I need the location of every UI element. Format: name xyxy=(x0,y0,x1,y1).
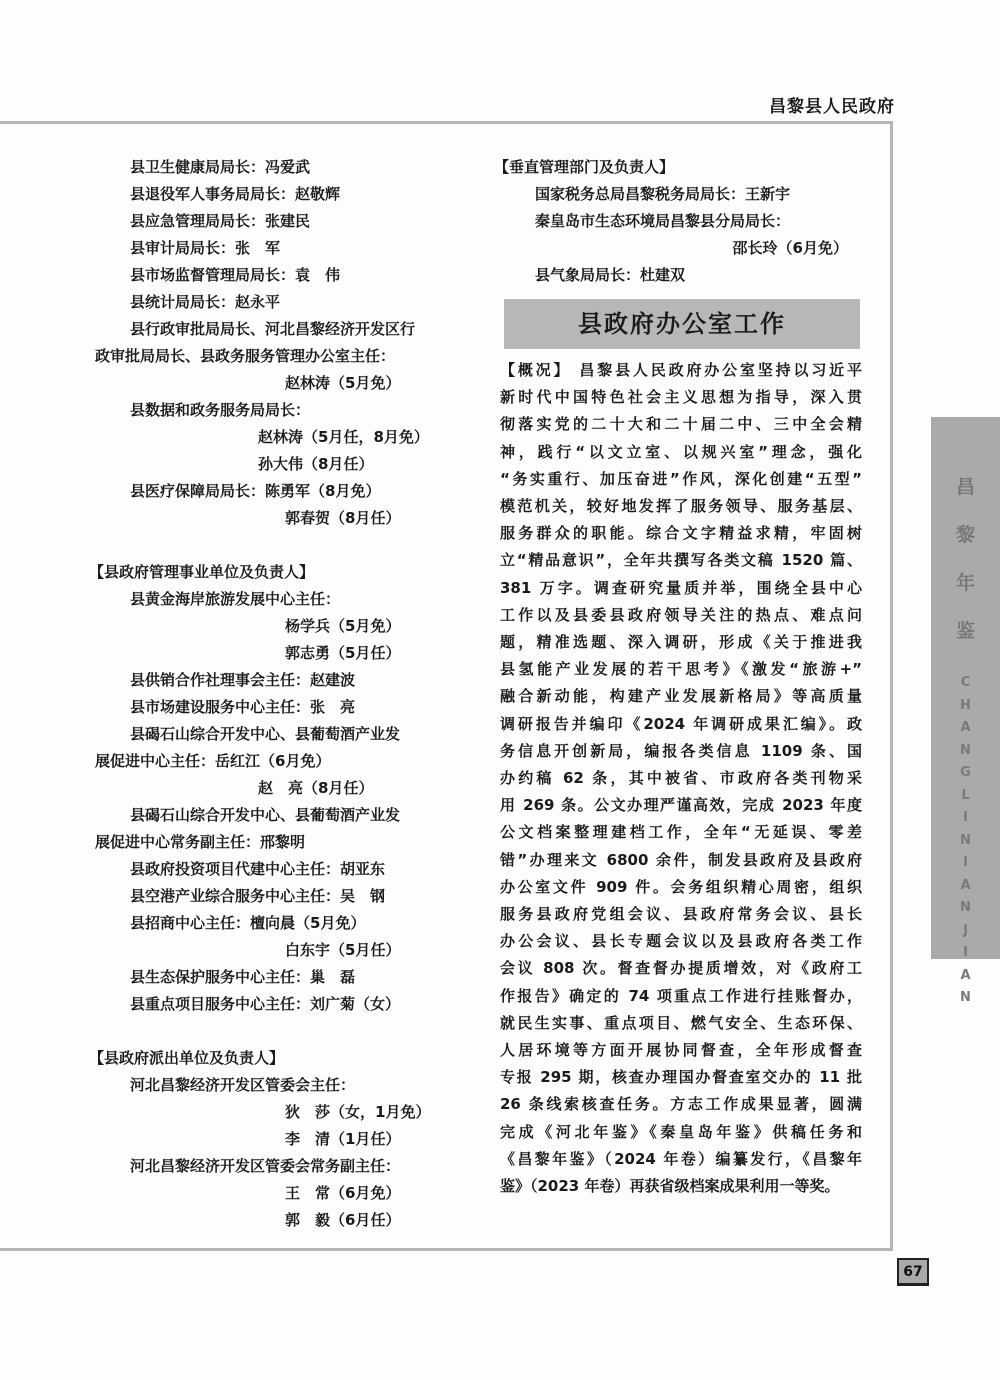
list-item: 县数据和政务服务局局长： xyxy=(95,397,455,424)
paragraph-line: 错”办理来文 6800 余件，制发县政府及县政府 xyxy=(500,847,862,874)
list-item: 河北昌黎经济开发区管委会主任： xyxy=(95,1072,455,1099)
paragraph-line: 会议 808 次。督查督办提质增效，对《政府工 xyxy=(500,955,862,982)
list-item: 政审批局局长、县政务服务管理办公室主任： xyxy=(95,343,455,370)
paragraph-line: 工作以及县委县政府领导关注的热点、难点问 xyxy=(500,602,862,629)
side-tab-letter: A xyxy=(931,717,1000,740)
paragraph-line: 作报告》确定的 74 项重点工作进行挂账督办， xyxy=(500,983,862,1010)
side-tab-yearbook: 昌黎年鉴 CHANGLINIANJIAN xyxy=(931,417,1000,959)
side-tab-letter: C xyxy=(931,672,1000,695)
list-item: 县行政审批局局长、河北昌黎经济开发区行 xyxy=(95,316,455,343)
list-item: 县供销合作社理事会主任：赵建波 xyxy=(95,667,455,694)
list-item: 县重点项目服务中心主任：刘广菊（女） xyxy=(95,991,455,1018)
paragraph-line: 人居环境等方面开展协同督查，全年形成督查 xyxy=(500,1037,862,1064)
list-item: 县审计局局长：张 军 xyxy=(95,235,455,262)
side-tab-letter: G xyxy=(931,762,1000,785)
paragraph-line: 彻落实党的二十大和二十届二中、三中全会精 xyxy=(500,411,862,438)
list-item: 县卫生健康局局长：冯爱武 xyxy=(95,154,455,181)
left-column: 县卫生健康局局长：冯爱武县退役军人事务局局长：赵敬辉县应急管理局局长：张建民县审… xyxy=(95,154,455,1234)
list-item: 秦皇岛市生态环境局昌黎县分局局长： xyxy=(500,208,862,235)
section-banner-title: 县政府办公室工作 xyxy=(504,299,860,349)
list-item: 王 常（6月免） xyxy=(95,1180,455,1207)
paragraph-line: 县氢能产业发展的若干思考》《激发“旅游+” xyxy=(500,656,862,683)
list-item: 郭志勇（5月任） xyxy=(95,640,455,667)
list-item: 展促进中心常务副主任：邢黎明 xyxy=(95,829,455,856)
list-item: 国家税务总局昌黎税务局局长：王新宇 xyxy=(500,181,862,208)
list-item: 县碣石山综合开发中心、县葡萄酒产业发 xyxy=(95,721,455,748)
paragraph-line: 办公室文件 909 件。会务组织精心周密，组织 xyxy=(500,874,862,901)
paragraph-line: 办公会议、县长专题会议以及县政府各类工作 xyxy=(500,928,862,955)
paragraph-line: 《昌黎年鉴》（2024 年卷）编纂发行，《昌黎年 xyxy=(500,1146,862,1173)
paragraph-line: 办约稿 62 条，其中被省、市政府各类刊物采 xyxy=(500,765,862,792)
side-tab-letter: N xyxy=(931,987,1000,1010)
paragraph-line: 鉴》（2023 年卷）再获省级档案成果利用一等奖。 xyxy=(500,1173,862,1200)
running-head: 昌黎县人民政府 xyxy=(700,92,895,117)
list-item: 郭 毅（6月任） xyxy=(95,1207,455,1234)
list-item: 郭春贺（8月任） xyxy=(95,505,455,532)
paragraph-line: 融合新动能，构建产业发展新格局》等高质量 xyxy=(500,683,862,710)
section-heading-vertical-management: 【垂直管理部门及负责人】 xyxy=(494,154,862,181)
list-item: 展促进中心主任：岳红江（6月免） xyxy=(95,748,455,775)
paragraph-line: 立“精品意识”，全年共撰写各类文稿 1520 篇、 xyxy=(500,547,862,574)
list-item: 狄 莎（女，1月免） xyxy=(95,1099,455,1126)
list-item: 县空港产业综合服务中心主任：吴 钢 xyxy=(95,883,455,910)
section-heading-public-institutions: 【县政府管理事业单位及负责人】 xyxy=(89,559,455,586)
side-tab-letter: A xyxy=(931,875,1000,898)
list-item: 李 清（1月任） xyxy=(95,1126,455,1153)
list-item: 河北昌黎经济开发区管委会常务副主任： xyxy=(95,1153,455,1180)
side-tab-letter: J xyxy=(931,920,1000,943)
list-item: 白东宇（5月任） xyxy=(95,937,455,964)
side-tab-char: 黎 xyxy=(931,520,1000,547)
list-item: 县统计局局长：赵永平 xyxy=(95,289,455,316)
list-item: 赵林涛（5月免） xyxy=(95,370,455,397)
overview-paragraph: 【概况】 昌黎县人民政府办公室坚持以习近平新时代中国特色社会主义思想为指导，深入… xyxy=(500,357,862,1200)
paragraph-line: 381 万字。调查研究量质并举，围绕全县中心 xyxy=(500,575,862,602)
side-tab-letter: L xyxy=(931,785,1000,808)
paragraph-line: 用 269 条。公文办理严谨高效，完成 2023 年度 xyxy=(500,792,862,819)
list-item: 赵林涛（5月任，8月免） xyxy=(95,424,455,451)
list-item: 县气象局局长：杜建双 xyxy=(500,262,862,289)
list-item: 县医疗保障局局长：陈勇军（8月免） xyxy=(95,478,455,505)
list-item: 孙大伟（8月任） xyxy=(95,451,455,478)
side-tab-char: 鉴 xyxy=(931,616,1000,643)
list-item: 县招商中心主任：檀向晨（5月免） xyxy=(95,910,455,937)
paragraph-line: 服务群众的职能。综合文字精益求精，牢固树 xyxy=(500,520,862,547)
paragraph-line: 专报 295 期，核查办理国办督查室交办的 11 批 xyxy=(500,1064,862,1091)
paragraph-line: 26 条线索核查任务。方志工作成果显著，圆满 xyxy=(500,1091,862,1118)
list-item: 赵 亮（8月任） xyxy=(95,775,455,802)
side-tab-letter: I xyxy=(931,852,1000,875)
side-tab-letter: A xyxy=(931,965,1000,988)
dispatched-units-list: 河北昌黎经济开发区管委会主任：狄 莎（女，1月免）李 清（1月任）河北昌黎经济开… xyxy=(95,1072,455,1234)
vertical-management-list: 国家税务总局昌黎税务局局长：王新宇秦皇岛市生态环境局昌黎县分局局长：邵长玲（6月… xyxy=(500,181,862,289)
side-tab-letter: N xyxy=(931,740,1000,763)
list-item: 县退役军人事务局局长：赵敬辉 xyxy=(95,181,455,208)
paragraph-line: 完成《河北年鉴》《秦皇岛年鉴》供稿任务和 xyxy=(500,1119,862,1146)
list-item: 县市场建设服务中心主任：张 亮 xyxy=(95,694,455,721)
side-tab-letter: I xyxy=(931,807,1000,830)
paragraph-line: 服务县政府党组会议、县政府常务会议、县长 xyxy=(500,901,862,928)
side-tab-pinyin: CHANGLINIANJIAN xyxy=(931,672,1000,1010)
page-number: 67 xyxy=(897,1258,929,1286)
side-tab-letter: H xyxy=(931,695,1000,718)
list-item: 县应急管理局局长：张建民 xyxy=(95,208,455,235)
list-item: 县生态保护服务中心主任：巢 磊 xyxy=(95,964,455,991)
side-tab-letter: N xyxy=(931,830,1000,853)
side-tab-char: 昌 xyxy=(931,472,1000,499)
paragraph-line: 务信息开创新局，编报各类信息 1109 条、国 xyxy=(500,738,862,765)
public-institutions-list: 县黄金海岸旅游发展中心主任：杨学兵（5月免）郭志勇（5月任）县供销合作社理事会主… xyxy=(95,586,455,1018)
paragraph-line: “务实重行、加压奋进”作风，深化创建“五型” xyxy=(500,466,862,493)
list-item: 邵长玲（6月免） xyxy=(500,235,862,262)
list-item: 杨学兵（5月免） xyxy=(95,613,455,640)
paragraph-line: 就民生实事、重点项目、燃气安全、生态环保、 xyxy=(500,1010,862,1037)
paragraph-line: 公文档案整理建档工作，全年“无延误、零差 xyxy=(500,819,862,846)
list-item: 县市场监督管理局局长：袁 伟 xyxy=(95,262,455,289)
list-item: 县黄金海岸旅游发展中心主任： xyxy=(95,586,455,613)
right-column: 【垂直管理部门及负责人】 国家税务总局昌黎税务局局长：王新宇秦皇岛市生态环境局昌… xyxy=(500,154,862,1200)
side-tab-letter: I xyxy=(931,942,1000,965)
list-item: 县政府投资项目代建中心主任：胡亚东 xyxy=(95,856,455,883)
officials-list: 县卫生健康局局长：冯爱武县退役军人事务局局长：赵敬辉县应急管理局局长：张建民县审… xyxy=(95,154,455,532)
paragraph-line: 【概况】 昌黎县人民政府办公室坚持以习近平 xyxy=(500,357,862,384)
paragraph-line: 神，践行“以文立室、以规兴室”理念，强化 xyxy=(500,439,862,466)
section-heading-dispatched-units: 【县政府派出单位及负责人】 xyxy=(89,1045,455,1072)
side-tab-letter: N xyxy=(931,897,1000,920)
paragraph-line: 题，精准选题、深入调研，形成《关于推进我 xyxy=(500,629,862,656)
paragraph-line: 新时代中国特色社会主义思想为指导，深入贯 xyxy=(500,384,862,411)
paragraph-line: 模范机关，较好地发挥了服务领导、服务基层、 xyxy=(500,493,862,520)
paragraph-line: 调研报告并编印《2024 年调研成果汇编》。政 xyxy=(500,711,862,738)
list-item: 县碣石山综合开发中心、县葡萄酒产业发 xyxy=(95,802,455,829)
side-tab-char: 年 xyxy=(931,568,1000,595)
